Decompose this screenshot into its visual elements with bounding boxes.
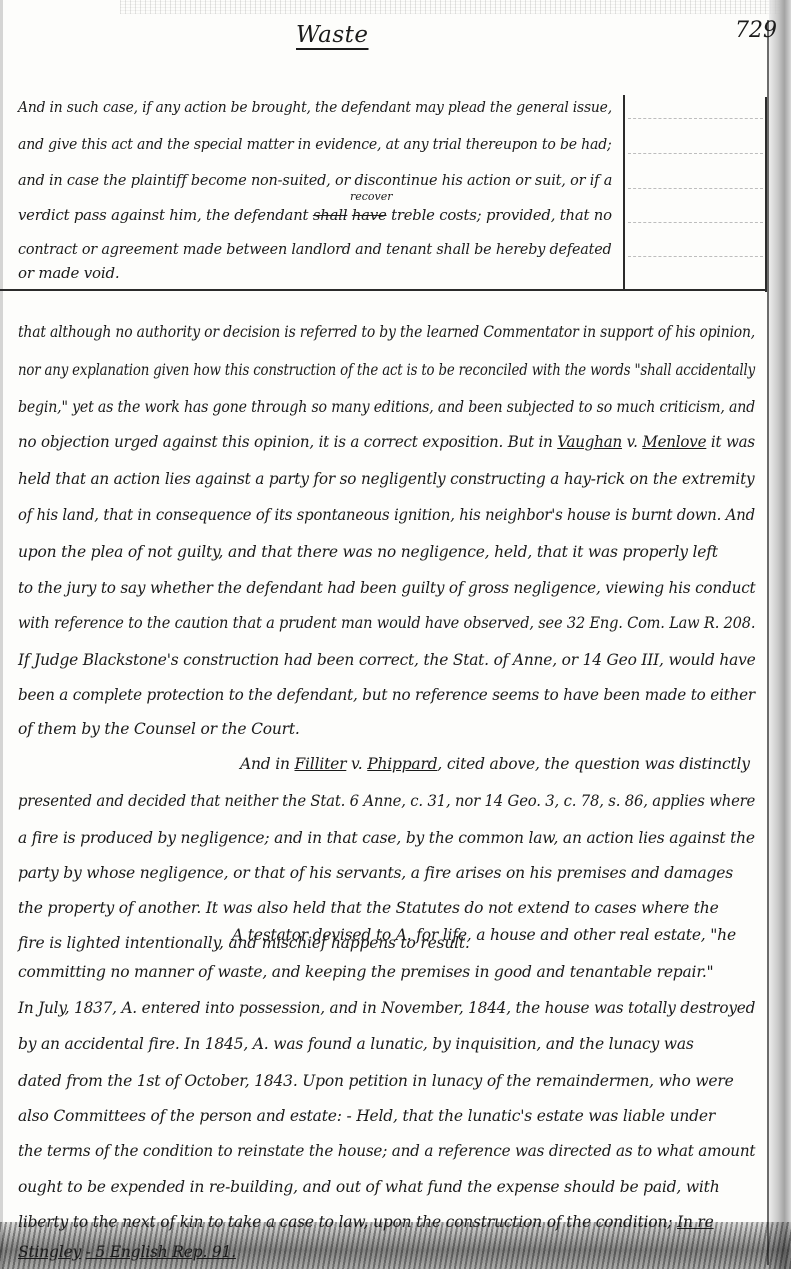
text-line: And in such case, if any action be broug… — [18, 98, 612, 116]
text-line: committing no manner of waste, and keepi… — [18, 963, 713, 981]
case-name: Stingley — [18, 1243, 81, 1261]
text-run: v. — [627, 433, 638, 451]
struck-word: shall — [313, 206, 347, 224]
citation: - 5 English Rep. 91. — [86, 1243, 236, 1261]
text-run: treble costs; provided, that no — [391, 206, 612, 224]
text-line: been a complete protection to the defend… — [18, 686, 755, 704]
ruled-line — [628, 118, 763, 119]
case-name: Filliter — [295, 755, 347, 773]
text-line: upon the plea of not guilty, and that th… — [18, 543, 718, 561]
box-divider-horizontal — [0, 289, 767, 291]
page-number: 729 — [735, 18, 777, 43]
text-run: it was — [711, 433, 755, 451]
interlinear-insert: recover — [350, 190, 393, 203]
page-heading: Waste — [296, 22, 369, 48]
scan-noise — [120, 0, 780, 14]
text-line: nor any explanation given how this const… — [18, 361, 755, 379]
case-name: Vaughan — [557, 433, 622, 451]
text-line: of them by the Counsel or the Court. — [18, 720, 300, 738]
box-border-right — [765, 97, 767, 292]
text-line: begin," yet as the work has gone through… — [18, 398, 755, 416]
text-line: held that an action lies against a party… — [18, 470, 754, 488]
margin-rule-right — [767, 20, 769, 1265]
text-line: contract or agreement made between landl… — [18, 240, 612, 258]
text-line: And in Filliter v. Phippard, cited above… — [240, 755, 750, 773]
text-run: , cited above, the question was distinct… — [437, 755, 749, 773]
text-line: dated from the 1st of October, 1843. Upo… — [18, 1072, 734, 1090]
text-run: verdict pass against him, the defendant — [18, 206, 308, 224]
page-left-edge — [0, 0, 3, 1269]
manuscript-page: Waste 729 And in such case, if any actio… — [0, 0, 791, 1269]
text-line: A testator devised to A. for life, a hou… — [232, 926, 736, 944]
text-line: also Committees of the person and estate… — [18, 1107, 715, 1125]
struck-word: have — [352, 206, 387, 224]
box-divider-vertical — [623, 95, 625, 290]
text-line: of his land, that in consequence of its … — [18, 506, 755, 524]
text-run: And in — [240, 755, 290, 773]
text-line: verdict pass against him, the defendant … — [18, 206, 612, 224]
text-line: party by whose negligence, or that of hi… — [18, 864, 733, 882]
text-line: by an accidental fire. In 1845, A. was f… — [18, 1035, 694, 1053]
text-line: If Judge Blackstone's construction had b… — [18, 651, 756, 669]
text-line: the terms of the condition to reinstate … — [18, 1142, 755, 1160]
text-line: In July, 1837, A. entered into possessio… — [18, 999, 755, 1017]
text-line: with reference to the caution that a pru… — [18, 614, 755, 632]
ruled-line — [628, 153, 763, 154]
text-line: Stingley - 5 English Rep. 91. — [18, 1243, 236, 1261]
text-line: or made void. — [18, 264, 119, 282]
ruled-line — [628, 188, 763, 189]
text-line: a fire is produced by negligence; and in… — [18, 829, 755, 847]
text-line: and in case the plaintiff become non-sui… — [18, 171, 612, 189]
ruled-line — [628, 222, 763, 223]
text-line: and give this act and the special matter… — [18, 135, 612, 153]
text-line: ought to be expended in re-building, and… — [18, 1178, 719, 1196]
ruled-line — [628, 256, 763, 257]
text-run: no objection urged against this opinion,… — [18, 433, 553, 451]
text-line: presented and decided that neither the S… — [18, 792, 755, 810]
text-run: v. — [351, 755, 362, 773]
text-line: that although no authority or decision i… — [18, 323, 755, 341]
page-right-edge — [769, 0, 791, 1269]
case-name: Phippard — [367, 755, 437, 773]
case-name: Menlove — [642, 433, 706, 451]
text-line: no objection urged against this opinion,… — [18, 433, 755, 451]
text-line: to the jury to say whether the defendant… — [18, 579, 755, 597]
text-line: the property of another. It was also hel… — [18, 899, 719, 917]
